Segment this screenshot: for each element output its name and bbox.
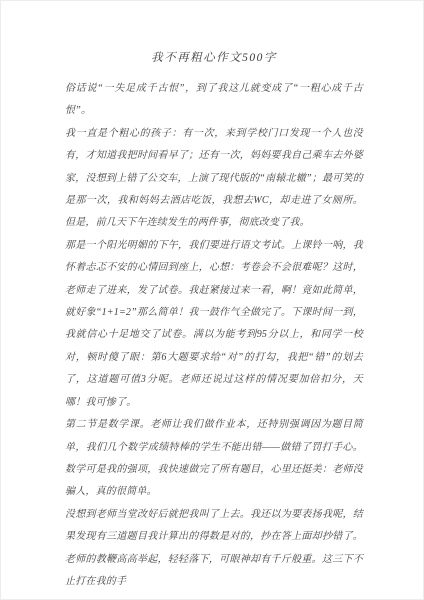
essay-paragraph: 我一直是个粗心的孩子：有一次，来到学校门口发现一个人也没有，才知道我把时间看早了… bbox=[65, 123, 363, 235]
essay-title: 我不再粗心作文500字 bbox=[65, 51, 363, 66]
essay-paragraph: 第二节是数学课。老师让我们做作业本，还特别强调因为题目简单，我们几个数学成绩特棒… bbox=[65, 414, 363, 504]
essay-paragraph: 那是一个阳光明媚的下午，我们要进行语文考试。上课铃一响，我怀着忐忑不安的心情回到… bbox=[65, 235, 363, 414]
essay-body: 俗话说“一失足成千古恨”，到了我这儿就变成了“一粗心成千古恨”。 我一直是个粗心… bbox=[65, 78, 363, 593]
essay-paragraph: 没想到老师当堂改好后就把我叫了上去。我还以为要表扬我呢，结果发现有三道题目我计算… bbox=[65, 504, 363, 594]
essay-page: 我不再粗心作文500字 俗话说“一失足成千古恨”，到了我这儿就变成了“一粗心成千… bbox=[0, 0, 424, 600]
essay-paragraph: 俗话说“一失足成千古恨”，到了我这儿就变成了“一粗心成千古恨”。 bbox=[65, 78, 363, 123]
